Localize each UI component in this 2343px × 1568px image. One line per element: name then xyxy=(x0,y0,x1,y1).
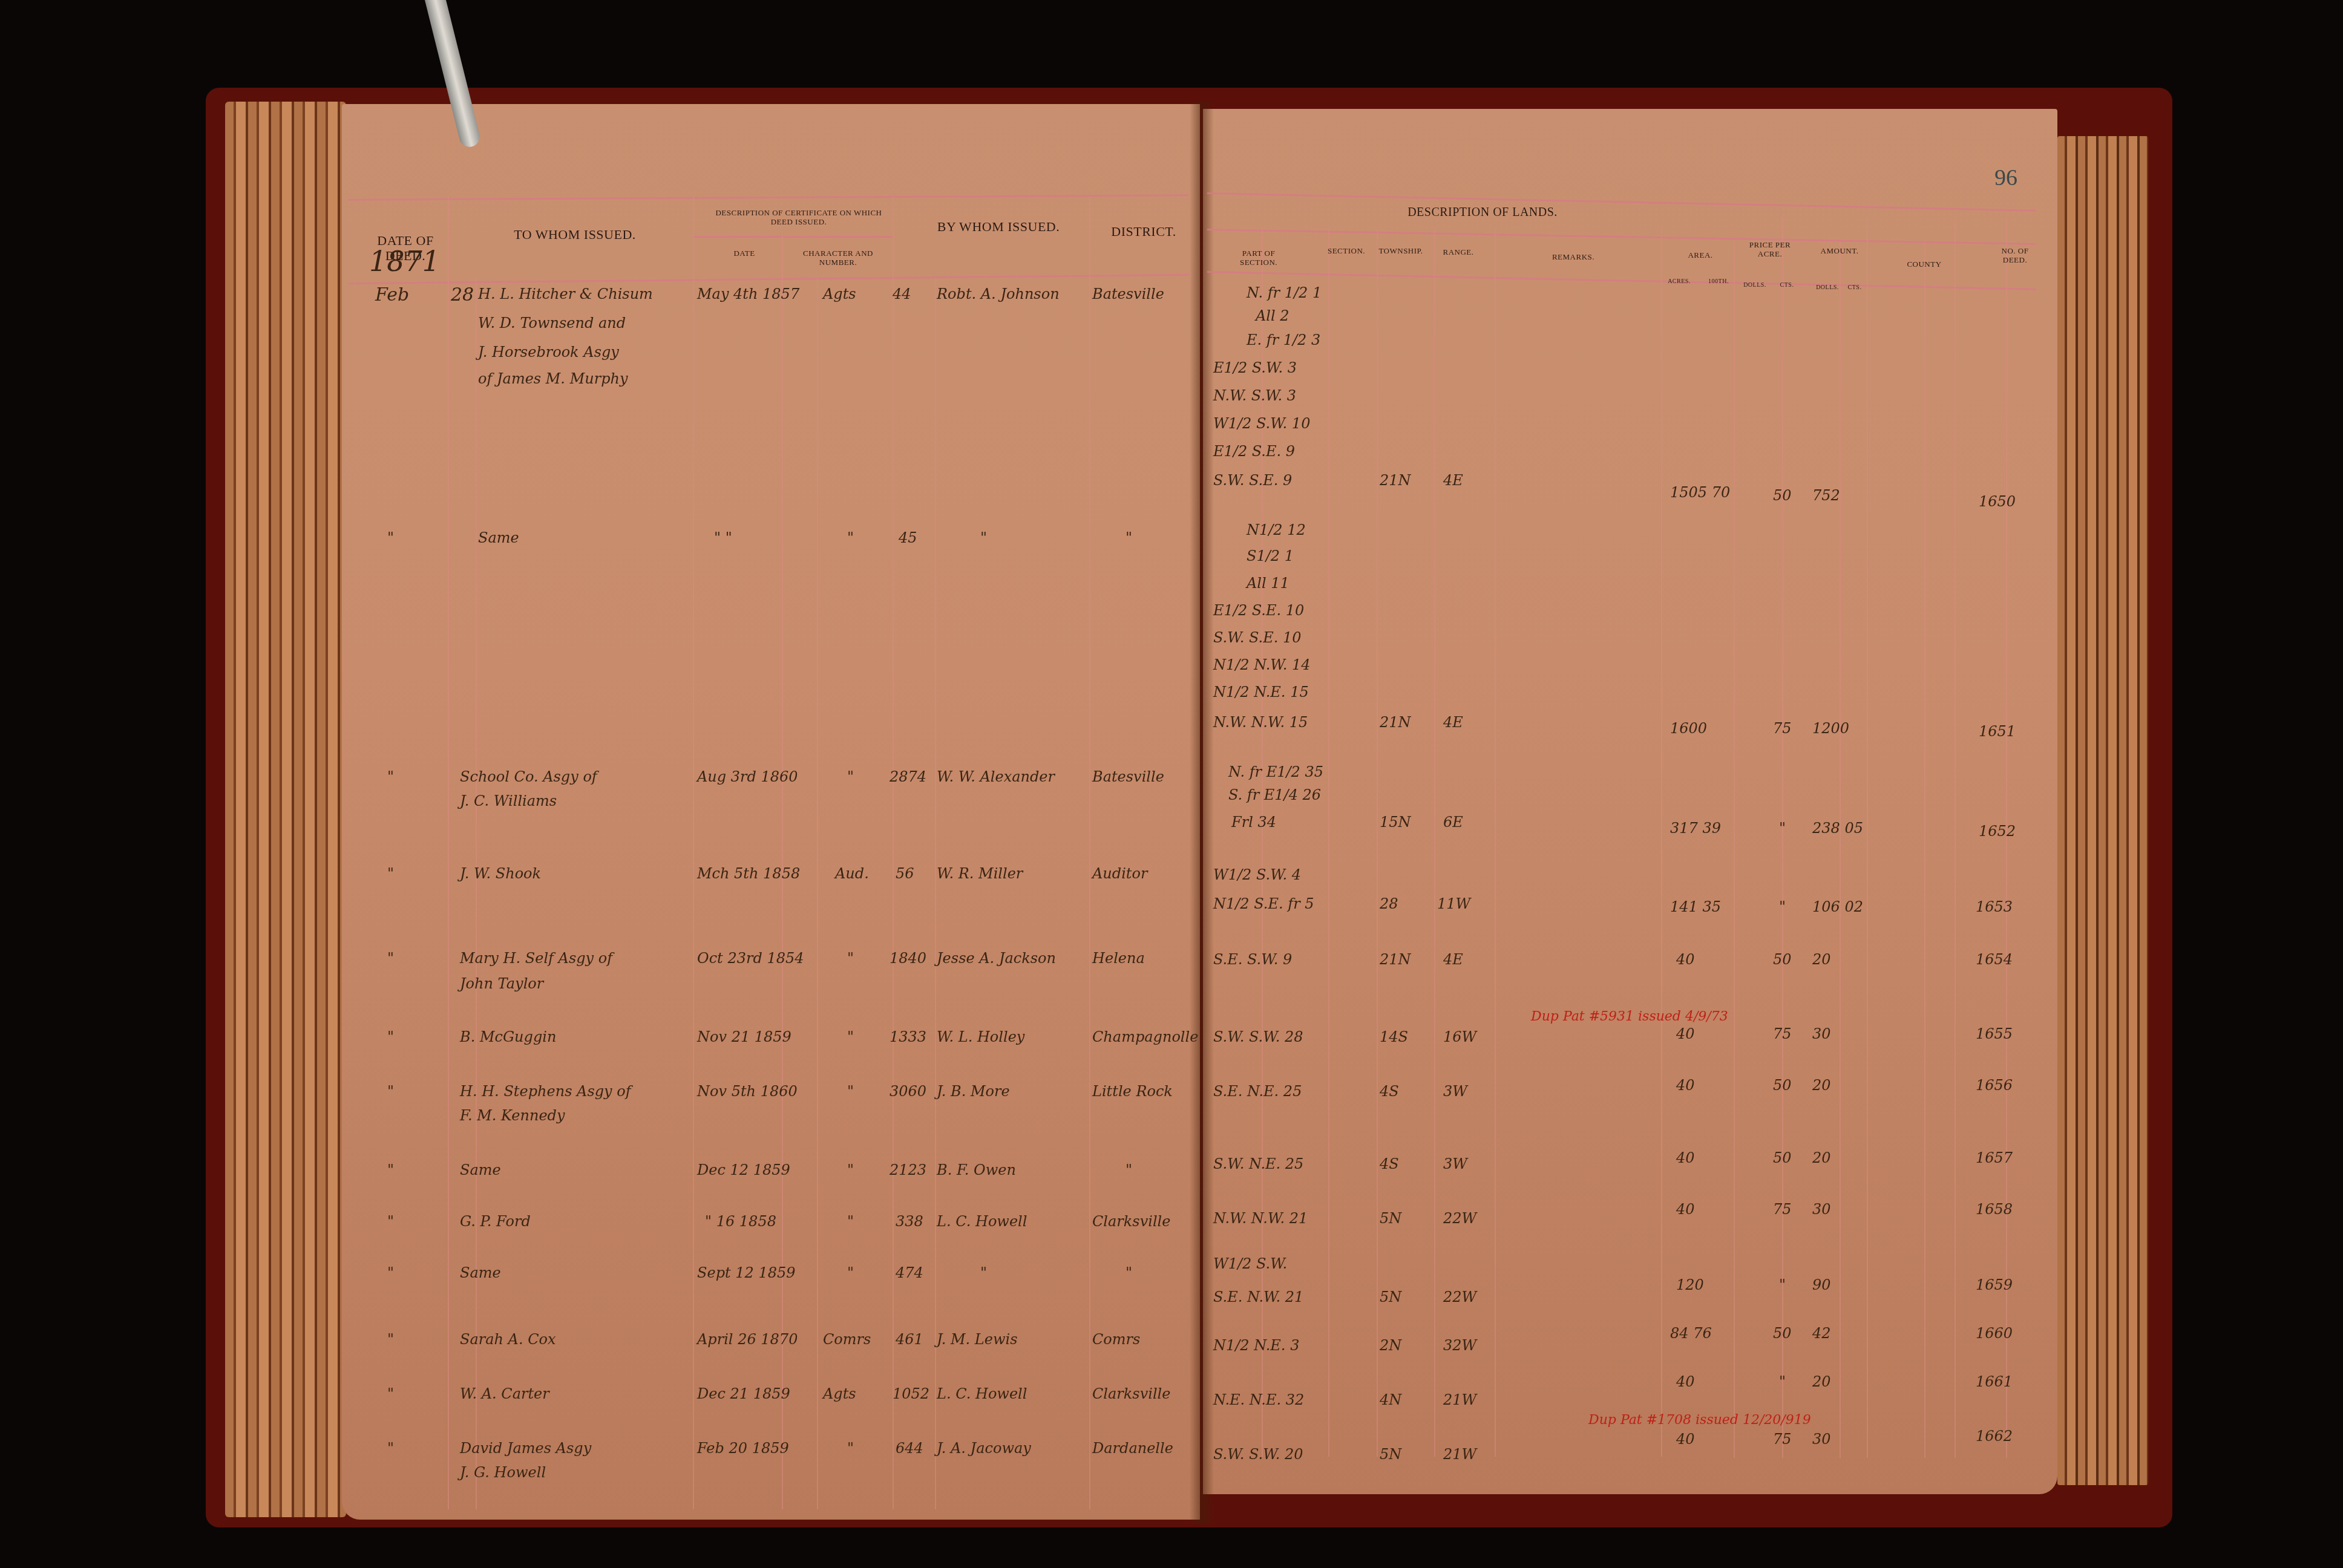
row-issued-by: L. C. Howell xyxy=(937,1385,1027,1402)
row-district: Dardanelle xyxy=(1092,1440,1173,1457)
part-of-section: N1/2 12 xyxy=(1247,521,1306,538)
row-cert-date: April 26 1870 xyxy=(697,1331,798,1348)
part-of-section: N.W. S.W. 3 xyxy=(1213,387,1296,404)
price-per-acre: 75 xyxy=(1773,1025,1792,1042)
part-of-section: N. fr 1/2 1 xyxy=(1247,284,1322,301)
col-rule xyxy=(1434,229,1435,1457)
header-amount: Amount. xyxy=(1809,247,1870,256)
amount: 42 xyxy=(1812,1325,1831,1342)
row-cert-date: Feb 20 1859 xyxy=(697,1440,789,1457)
amount: 752 xyxy=(1812,487,1840,504)
amount: 106 02 xyxy=(1812,898,1863,915)
range: 21W xyxy=(1443,1446,1476,1463)
amount: 30 xyxy=(1812,1025,1831,1042)
area: 40 xyxy=(1676,1373,1695,1390)
row-date: " xyxy=(387,1161,394,1178)
row-district: Champagnolle xyxy=(1092,1028,1198,1045)
row-character: " xyxy=(847,950,854,967)
row-name: Same xyxy=(460,1264,501,1281)
header-area: Area. xyxy=(1661,251,1740,260)
row-name: W. D. Townsend and xyxy=(478,315,626,332)
row-name: Same xyxy=(478,529,519,546)
row-cert-date: Dec 21 1859 xyxy=(697,1385,790,1402)
price-per-acre: 50 xyxy=(1773,487,1792,504)
township: 14S xyxy=(1380,1028,1408,1045)
part-of-section: E1/2 S.W. 3 xyxy=(1213,359,1297,376)
deed-number: 1661 xyxy=(1976,1373,2013,1390)
row-number: 2874 xyxy=(890,768,926,785)
row-name: J. C. Williams xyxy=(460,792,557,809)
col-rule xyxy=(1734,242,1735,1458)
price-per-acre: 50 xyxy=(1773,1325,1792,1342)
row-character: " xyxy=(847,529,854,546)
header-to-whom-issued: To Whom Issued. xyxy=(484,227,666,242)
row-date: " xyxy=(387,1385,394,1402)
deed-number: 1651 xyxy=(1979,723,2016,740)
price-per-acre: 75 xyxy=(1773,1201,1792,1218)
header-county: County xyxy=(1894,260,1955,269)
row-issued-by: W. L. Holley xyxy=(937,1028,1024,1045)
deed-number: 1655 xyxy=(1976,1025,2013,1042)
row-date: " xyxy=(387,1028,394,1045)
row-name: J. Horsebrook Asgy xyxy=(478,344,619,361)
row-name: H. H. Stephens Asgy of xyxy=(460,1083,631,1100)
col-rule xyxy=(448,197,449,1509)
part-of-section: S.E. S.W. 9 xyxy=(1213,951,1292,968)
township: 21N xyxy=(1380,951,1411,968)
col-rule xyxy=(1089,197,1090,1509)
area: 141 35 xyxy=(1670,898,1721,915)
row-cert-date: Nov 5th 1860 xyxy=(697,1083,798,1100)
part-of-section: N. fr E1/2 35 xyxy=(1228,763,1323,780)
part-of-section: N1/2 N.E. 3 xyxy=(1213,1337,1299,1354)
part-of-section: S.W. S.E. 10 xyxy=(1213,629,1301,646)
left-page-edges xyxy=(225,102,346,1517)
row-character: " xyxy=(847,768,854,785)
part-of-section: E1/2 S.E. 10 xyxy=(1213,602,1304,619)
row-name: W. A. Carter xyxy=(460,1385,549,1402)
row-date: " xyxy=(387,1083,394,1100)
header-cert-date: Date xyxy=(720,249,768,258)
area: 1600 xyxy=(1670,720,1707,737)
row-issued-by: " xyxy=(980,1264,987,1281)
row-district: " xyxy=(1126,1161,1132,1178)
row-name: J. W. Shook xyxy=(460,865,541,882)
col-rule xyxy=(893,197,894,1509)
row-district: " xyxy=(1126,529,1132,546)
price-per-acre: " xyxy=(1779,1276,1786,1293)
row-issued-by: J. B. More xyxy=(937,1083,1010,1100)
deed-number: 1650 xyxy=(1979,493,2016,510)
header-range: Range. xyxy=(1434,248,1483,257)
header-amount-cts: Cts. xyxy=(1840,284,1870,292)
amount: 30 xyxy=(1812,1201,1831,1218)
year: 1871 xyxy=(369,245,440,278)
header-remarks: Remarks. xyxy=(1519,253,1628,262)
deed-number: 1657 xyxy=(1976,1149,2013,1166)
row-district: Batesville xyxy=(1092,768,1164,785)
header-acres: Acres. xyxy=(1658,278,1700,286)
range: 3W xyxy=(1443,1155,1467,1172)
row-cert-date: " " xyxy=(714,529,732,546)
amount: 238 05 xyxy=(1812,820,1863,837)
row-name: H. L. Hitcher & Chisum xyxy=(478,286,653,302)
range: 21W xyxy=(1443,1391,1476,1408)
row-issued-by: W. W. Alexander xyxy=(937,768,1055,785)
range: 22W xyxy=(1443,1289,1476,1305)
row-issued-by: Robt. A. Johnson xyxy=(937,286,1060,302)
range: 3W xyxy=(1443,1083,1467,1100)
header-section: Section. xyxy=(1325,247,1368,256)
township: 4N xyxy=(1380,1391,1401,1408)
township: 21N xyxy=(1380,714,1411,731)
row-issued-by: W. R. Miller xyxy=(937,865,1023,882)
area: 40 xyxy=(1676,951,1695,968)
deed-number: 1658 xyxy=(1976,1201,2013,1218)
row-cert-date: Sept 12 1859 xyxy=(697,1264,796,1281)
header-price-dolls: Dolls. xyxy=(1737,282,1773,289)
row-number: 2123 xyxy=(890,1161,926,1178)
row-number: 44 xyxy=(893,286,911,302)
row-issued-by: Jesse A. Jackson xyxy=(937,950,1056,967)
row-name: School Co. Asgy of xyxy=(460,768,597,785)
row-character: " xyxy=(847,1028,854,1045)
deed-number: 1660 xyxy=(1976,1325,2013,1342)
area: 84 76 xyxy=(1670,1325,1712,1342)
price-per-acre: 75 xyxy=(1773,720,1792,737)
col-rule xyxy=(1955,218,1956,1458)
row-cert-date: May 4th 1857 xyxy=(697,286,799,302)
row-district: Clarksville xyxy=(1092,1385,1170,1402)
row-character: Aud. xyxy=(835,865,869,882)
part-of-section: S.W. N.E. 25 xyxy=(1213,1155,1303,1172)
col-rule xyxy=(1377,229,1378,1457)
amount: 20 xyxy=(1812,951,1831,968)
township: 2N xyxy=(1380,1337,1401,1354)
header-price-cts: Cts. xyxy=(1772,282,1802,289)
col-rule xyxy=(1840,242,1841,1458)
amount: 20 xyxy=(1812,1077,1831,1094)
remark-red-annotation: Dup Pat #1708 issued 12/20/919 xyxy=(1588,1413,1811,1428)
row-character: " xyxy=(847,1083,854,1100)
part-of-section: W1/2 S.W. xyxy=(1213,1255,1287,1272)
header-part-of-section: Part of Section. xyxy=(1222,249,1295,267)
range: 16W xyxy=(1443,1028,1476,1045)
price-per-acre: 50 xyxy=(1773,1149,1792,1166)
part-of-section: N1/2 S.E. fr 5 xyxy=(1213,895,1314,912)
row-district: Little Rock xyxy=(1092,1083,1173,1100)
range: 11W xyxy=(1437,895,1470,912)
township: 15N xyxy=(1380,814,1411,831)
part-of-section: N.W. N.W. 15 xyxy=(1213,714,1308,731)
page-number: 96 xyxy=(1994,165,2017,191)
range: 22W xyxy=(1443,1210,1476,1227)
col-rule xyxy=(817,278,818,1509)
part-of-section: N1/2 N.W. 14 xyxy=(1213,656,1311,673)
amount: 20 xyxy=(1812,1373,1831,1390)
col-rule xyxy=(1924,242,1925,1458)
remark-red-annotation: Dup Pat #5931 issued 4/9/73 xyxy=(1531,1009,1728,1024)
row-date: " xyxy=(387,768,394,785)
row-number: 1052 xyxy=(893,1385,929,1402)
row-district: Helena xyxy=(1092,950,1145,967)
row-cert-date: " 16 1858 xyxy=(705,1213,776,1230)
header-price-per-acre: Price per Acre. xyxy=(1737,241,1803,259)
part-of-section: W1/2 S.W. 4 xyxy=(1213,866,1301,883)
row-character: Agts xyxy=(823,1385,856,1402)
row-cert-date: Mch 5th 1858 xyxy=(697,865,800,882)
township: 21N xyxy=(1380,472,1411,489)
township: 5N xyxy=(1380,1446,1401,1463)
row-number: 56 xyxy=(896,865,914,882)
row-issued-by: L. C. Howell xyxy=(937,1213,1027,1230)
part-of-section: S.W. S.E. 9 xyxy=(1213,472,1292,489)
row-date: " xyxy=(387,865,394,882)
row-date: " xyxy=(387,950,394,967)
row-number: 1333 xyxy=(890,1028,926,1045)
row-date: Feb xyxy=(375,284,409,305)
amount: 90 xyxy=(1812,1276,1831,1293)
deed-number: 1662 xyxy=(1976,1428,2013,1445)
col-rule xyxy=(1262,229,1263,1457)
area: 40 xyxy=(1676,1431,1695,1448)
township: 5N xyxy=(1380,1289,1401,1305)
range: 6E xyxy=(1443,814,1463,831)
range: 4E xyxy=(1443,714,1463,731)
row-day: 28 xyxy=(451,284,474,305)
price-per-acre: 75 xyxy=(1773,1431,1792,1448)
row-character: " xyxy=(847,1161,854,1178)
row-date: " xyxy=(387,529,394,546)
deed-number: 1656 xyxy=(1976,1077,2013,1094)
row-district: Comrs xyxy=(1092,1331,1140,1348)
row-character: " xyxy=(847,1440,854,1457)
row-date: " xyxy=(387,1213,394,1230)
part-of-section: E. fr 1/2 3 xyxy=(1247,332,1320,348)
amount: 20 xyxy=(1812,1149,1831,1166)
area: 40 xyxy=(1676,1025,1695,1042)
rule xyxy=(693,236,893,238)
part-of-section: S.E. N.E. 25 xyxy=(1213,1083,1302,1100)
area: 40 xyxy=(1676,1201,1695,1218)
row-number: 474 xyxy=(896,1264,923,1281)
col-rule xyxy=(1328,229,1329,1457)
price-per-acre: " xyxy=(1779,1373,1786,1390)
area: 40 xyxy=(1676,1077,1695,1094)
col-rule xyxy=(693,197,694,1509)
part-of-section: S.E. N.W. 21 xyxy=(1213,1289,1303,1305)
row-issued-by: J. A. Jacoway xyxy=(937,1440,1031,1457)
row-issued-by: J. M. Lewis xyxy=(937,1331,1018,1348)
row-cert-date: Nov 21 1859 xyxy=(697,1028,791,1045)
header-township: Township. xyxy=(1374,247,1428,256)
col-rule xyxy=(935,278,936,1509)
price-per-acre: 50 xyxy=(1773,951,1792,968)
township: 4S xyxy=(1380,1155,1399,1172)
col-rule xyxy=(1495,229,1496,1457)
row-character: Agts xyxy=(823,286,856,302)
amount: 30 xyxy=(1812,1431,1831,1448)
row-district: Auditor xyxy=(1092,865,1147,882)
part-of-section: Frl 34 xyxy=(1231,814,1276,831)
row-district: " xyxy=(1126,1264,1132,1281)
part-of-section: E1/2 S.E. 9 xyxy=(1213,443,1295,460)
row-name: Same xyxy=(460,1161,501,1178)
col-rule xyxy=(476,278,477,1509)
row-number: 1840 xyxy=(890,950,926,967)
left-page xyxy=(342,104,1200,1520)
deed-number: 1659 xyxy=(1976,1276,2013,1293)
township: 28 xyxy=(1380,895,1398,912)
right-page-edges xyxy=(2057,136,2148,1485)
row-character: Comrs xyxy=(823,1331,871,1348)
row-number: 338 xyxy=(896,1213,923,1230)
deed-number: 1652 xyxy=(1979,823,2016,840)
area: 317 39 xyxy=(1670,820,1721,837)
part-of-section: N.E. N.E. 32 xyxy=(1213,1391,1304,1408)
part-of-section: All 2 xyxy=(1256,307,1289,324)
row-number: 3060 xyxy=(890,1083,926,1100)
row-number: 644 xyxy=(896,1440,923,1457)
row-name: G. P. Ford xyxy=(460,1213,531,1230)
col-rule xyxy=(1661,229,1662,1457)
row-date: " xyxy=(387,1331,394,1348)
header-description-of-lands: Description of Lands. xyxy=(1362,206,1604,220)
amount: 1200 xyxy=(1812,720,1849,737)
row-name: Sarah A. Cox xyxy=(460,1331,556,1348)
price-per-acre: " xyxy=(1779,820,1786,837)
right-page xyxy=(1203,109,2057,1494)
range: 4E xyxy=(1443,951,1463,968)
row-name: B. McGuggin xyxy=(460,1028,556,1045)
header-district: District. xyxy=(1098,224,1189,239)
township: 5N xyxy=(1380,1210,1401,1227)
row-district: Clarksville xyxy=(1092,1213,1170,1230)
row-name: F. M. Kennedy xyxy=(460,1107,565,1124)
book-gutter xyxy=(1190,102,1214,1523)
header-cert-character: Character and Number. xyxy=(787,249,890,267)
range: 32W xyxy=(1443,1337,1476,1354)
price-per-acre: " xyxy=(1779,898,1786,915)
part-of-section: S.W. S.W. 20 xyxy=(1213,1446,1303,1463)
row-name: of James M. Murphy xyxy=(478,370,628,387)
row-issued-by: B. F. Owen xyxy=(937,1161,1016,1178)
row-name: David James Asgy xyxy=(460,1440,591,1457)
range: 4E xyxy=(1443,472,1463,489)
row-number: 461 xyxy=(896,1331,923,1348)
part-of-section: S1/2 1 xyxy=(1247,547,1294,564)
part-of-section: N.W. N.W. 21 xyxy=(1213,1210,1308,1227)
part-of-section: N1/2 N.E. 15 xyxy=(1213,684,1309,701)
part-of-section: All 11 xyxy=(1247,575,1289,592)
col-rule xyxy=(1867,218,1868,1458)
area: 1505 70 xyxy=(1670,484,1730,501)
row-date: " xyxy=(387,1440,394,1457)
header-by-whom-issued: By Whom Issued. xyxy=(908,219,1089,234)
part-of-section: S. fr E1/4 26 xyxy=(1228,786,1321,803)
row-cert-date: Dec 12 1859 xyxy=(697,1161,790,1178)
deed-number: 1654 xyxy=(1976,951,2013,968)
row-date: " xyxy=(387,1264,394,1281)
deed-number: 1653 xyxy=(1976,898,2013,915)
header-certificate: Description of Certificate on which Deed… xyxy=(714,209,883,227)
header-hundredths: 100th. xyxy=(1700,278,1737,286)
row-cert-date: Aug 3rd 1860 xyxy=(697,768,798,785)
header-no-of-deed: No. of Deed. xyxy=(1991,247,2039,265)
row-name: John Taylor xyxy=(460,975,543,992)
row-district: Batesville xyxy=(1092,286,1164,302)
part-of-section: S.W. S.W. 28 xyxy=(1213,1028,1303,1045)
row-name: Mary H. Self Asgy of xyxy=(460,950,612,967)
area: 40 xyxy=(1676,1149,1695,1166)
row-name: J. G. Howell xyxy=(460,1464,546,1481)
row-character: " xyxy=(847,1264,854,1281)
part-of-section: W1/2 S.W. 10 xyxy=(1213,415,1310,432)
row-issued-by: " xyxy=(980,529,987,546)
row-character: " xyxy=(847,1213,854,1230)
township: 4S xyxy=(1380,1083,1399,1100)
col-rule xyxy=(1782,218,1783,1458)
row-cert-date: Oct 23rd 1854 xyxy=(697,950,804,967)
row-number: 45 xyxy=(899,529,917,546)
price-per-acre: 50 xyxy=(1773,1077,1792,1094)
area: 120 xyxy=(1676,1276,1704,1293)
